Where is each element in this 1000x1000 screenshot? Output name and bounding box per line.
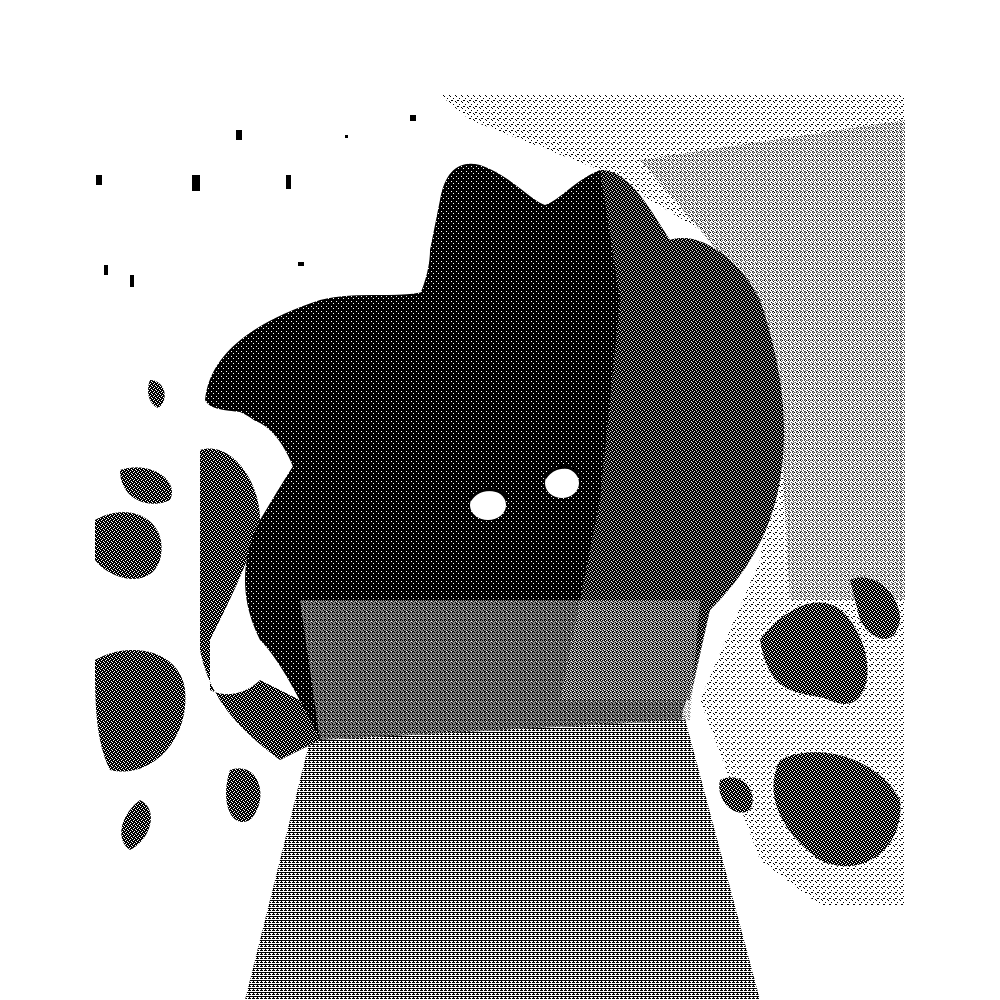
head-lower-gradient: [300, 600, 700, 740]
photo-canvas: [0, 0, 1000, 1000]
body-column: [245, 700, 760, 1000]
dithered-photo: 1-bit dithered black-and-white photo of …: [0, 0, 1000, 1000]
